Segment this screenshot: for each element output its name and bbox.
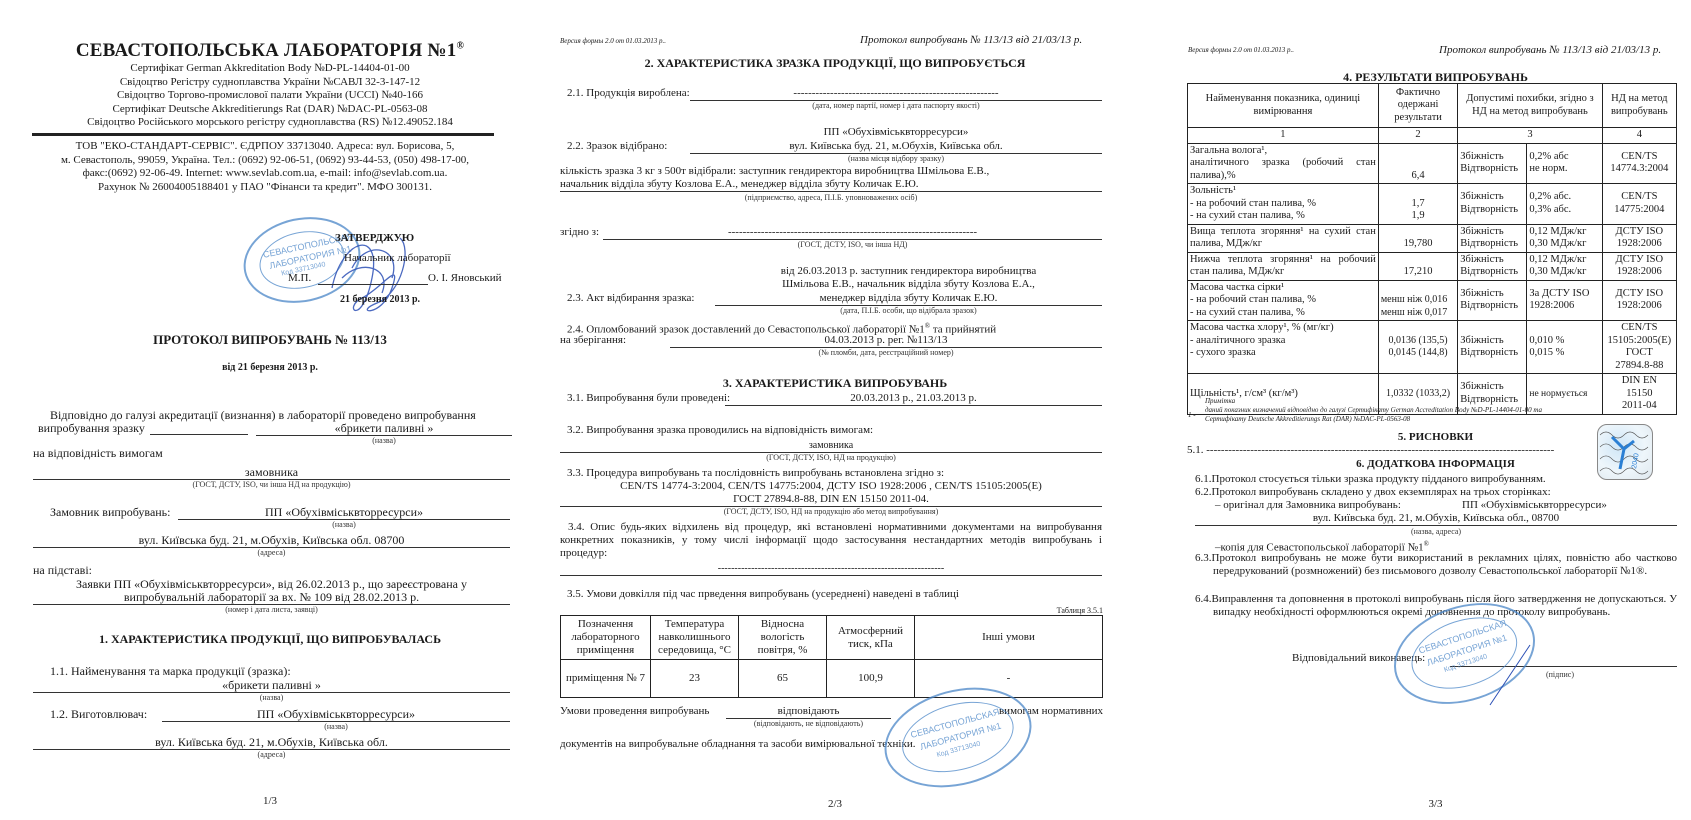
sample-name: «брикети паливні » bbox=[256, 421, 512, 436]
result-value: менш ніж 0,017 bbox=[1381, 307, 1455, 320]
according-label: згідно з: bbox=[560, 226, 599, 239]
s2-2-label: 2.2. Зразок відібрано: bbox=[567, 140, 667, 153]
indicator-name: - на сухий стан палива, % bbox=[1190, 307, 1376, 320]
caption: (ГОСТ, ДСТУ, ISO, НД на продукцію або ме… bbox=[560, 507, 1102, 516]
table-row: Нижча теплота згоряння¹ на робочий стан … bbox=[1188, 252, 1677, 280]
table-cell: 65 bbox=[739, 660, 827, 698]
section-6-title: 6. ДОДАТКОВА ІНФОРМАЦІЯ bbox=[1180, 458, 1691, 471]
s6-2-original-address: вул. Київська буд. 21, м.Обухів, Київськ… bbox=[1195, 512, 1677, 526]
basis-line: випробувальній лабораторії за вх. № 109 … bbox=[33, 590, 510, 605]
lab-header: СЕВАСТОПОЛЬСЬКА ЛАБОРАТОРІЯ №1® Сертифік… bbox=[0, 40, 540, 130]
s1-1-value: «брикети паливні » bbox=[33, 678, 510, 693]
column-header: Відносна вологість повітря, % bbox=[739, 616, 827, 660]
approve-date: 21 березня 2013 р. bbox=[340, 294, 420, 306]
result-value: менш ніж 0,016 bbox=[1381, 294, 1455, 307]
s3-3-standards: ГОСТ 27894.8-88, DIN EN 15150 2011-04. bbox=[560, 493, 1102, 507]
s2-1-value: ----------------------------------------… bbox=[690, 87, 1102, 101]
protocol-ref: Протокол випробувань № 113/13 від 21/03/… bbox=[1439, 44, 1661, 57]
caption: (ГОСТ, ДСТУ, ISO, чи інша НД) bbox=[603, 240, 1102, 249]
conditions-line: документів на випробувальне обладнання т… bbox=[560, 738, 915, 751]
indicator-name: - на робочий стан палива, % bbox=[1190, 294, 1376, 307]
s2-3-value: від 26.03.2013 р. заступник гендиректора… bbox=[715, 265, 1102, 278]
s6-2-original-label: – оригінал для Замовника випробувань: bbox=[1215, 499, 1401, 512]
basis-label: на підставі: bbox=[33, 563, 92, 577]
indicator-name: Загальна волога¹, bbox=[1190, 145, 1376, 158]
customer-label: Замовник випробувань: bbox=[50, 505, 171, 519]
error-type: Збіжність bbox=[1460, 151, 1524, 164]
caption: (адреса) bbox=[33, 548, 510, 557]
s3-1-value: 20.03.2013 р., 21.03.2013 р. bbox=[725, 392, 1102, 406]
mp-label: М.П. bbox=[288, 272, 311, 285]
table-row: Загальна волога¹,аналітичного зразка (ро… bbox=[1188, 143, 1677, 184]
approve-title: ЗАТВЕРДЖУЮ bbox=[335, 232, 414, 245]
note-label: Примітка bbox=[1205, 397, 1235, 405]
s6-1: 6.1.Протокол стосується тільки зразка пр… bbox=[1195, 473, 1546, 486]
column-number: 3 bbox=[1458, 128, 1602, 144]
column-header: Фактично одержані результати bbox=[1378, 84, 1457, 128]
method: 1928:2006 bbox=[1605, 266, 1674, 279]
section-3-title: 3. ХАРАКТЕРИСТИКА ВИПРОБУВАНЬ bbox=[555, 376, 1115, 390]
error-value: За ДСТУ ISO bbox=[1529, 288, 1599, 301]
column-header: НД на метод випробувань bbox=[1602, 84, 1676, 128]
protocol-ref: Протокол випробувань № 113/13 від 21/03/… bbox=[860, 34, 1082, 47]
company-line: Рахунок № 26004005188401 у ПАО "Фінанси … bbox=[20, 181, 510, 195]
error-type: Відтворність bbox=[1460, 238, 1524, 251]
s3-3-standards: CEN/TS 14774-3:2004, CEN/TS 14775:2004, … bbox=[555, 480, 1107, 493]
cert-line: Свідоцтво Російського морського регістру… bbox=[0, 116, 540, 130]
s5-1: 5.1. -----------------------------------… bbox=[1187, 444, 1554, 457]
s1-2-label: 1.2. Виготовлювач: bbox=[50, 707, 147, 721]
results-table: Найменування показника, одиниці вимірюва… bbox=[1187, 83, 1677, 415]
error-value: 0,3% абс. bbox=[1529, 204, 1599, 217]
result-value: 0,0136 (135,5) bbox=[1381, 335, 1455, 348]
s2-4-label: на зберігання: bbox=[560, 334, 626, 347]
protocol-title: ПРОТОКОЛ ВИПРОБУВАНЬ № 113/13 bbox=[0, 332, 540, 348]
result-value: 1,0332 (1033,2) bbox=[1381, 388, 1455, 401]
error-type: Збіжність bbox=[1460, 335, 1524, 348]
s6-2: 6.2.Протокол випробувань складено у двох… bbox=[1195, 486, 1551, 499]
indicator-name: - сухого зразка bbox=[1190, 347, 1376, 360]
s1-2-value: ПП «Обухівміськвторресурси» bbox=[162, 707, 510, 722]
result-value: 17,210 bbox=[1381, 266, 1455, 279]
column-header: Атмосферний тиск, кПа bbox=[827, 616, 915, 660]
s3-5-text: 3.5. Умови довкілля під час прведення ви… bbox=[567, 588, 959, 601]
section-1-title: 1. ХАРАКТЕРИСТИКА ПРОДУКЦІЇ, ЩО ВИПРОБУВ… bbox=[0, 632, 540, 646]
company-line: факс:(0692) 92-06-49. Internet: www.sevl… bbox=[20, 167, 510, 181]
method: ДСТУ ISO bbox=[1605, 288, 1674, 301]
table-caption: Таблиця 3.5.1 bbox=[1057, 606, 1103, 615]
approve-position: Начальник лабораторії bbox=[344, 252, 451, 265]
lab-title: СЕВАСТОПОЛЬСЬКА ЛАБОРАТОРІЯ №1® bbox=[0, 40, 540, 62]
method: DIN EN bbox=[1605, 375, 1674, 388]
error-type: Збіжність bbox=[1460, 381, 1524, 394]
table-row: приміщення № 7 23 65 100,9 - bbox=[561, 660, 1103, 698]
page-3: Версия формы 2.0 от 01.03.2013 р.. Прото… bbox=[1180, 0, 1691, 820]
result-value: 6,4 bbox=[1381, 170, 1455, 183]
column-number-row: 1 2 3 4 bbox=[1188, 128, 1677, 144]
error-value: не норм. bbox=[1529, 163, 1599, 176]
conditions-label: Умови проведення випробувань bbox=[560, 705, 709, 718]
intro-line: Відповідно до галузі акредитації (визнан… bbox=[50, 408, 476, 422]
error-type: Відтворність bbox=[1460, 347, 1524, 360]
caption: (ГОСТ, ДСТУ, ISO, НД на продукцію) bbox=[560, 453, 1102, 462]
error-value: 0,30 МДж/кг bbox=[1529, 238, 1599, 251]
s1-1-label: 1.1. Найменування та марка продукції (зр… bbox=[50, 664, 291, 678]
according-value: ----------------------------------------… bbox=[603, 226, 1102, 240]
column-header: Інші умови bbox=[915, 616, 1103, 660]
caption: (назва, адреса) bbox=[1195, 527, 1677, 536]
error-type: Збіжність bbox=[1460, 226, 1524, 239]
caption: (назва) bbox=[33, 693, 510, 702]
table-header-row: Найменування показника, одиниці вимірюва… bbox=[1188, 84, 1677, 128]
method: ДСТУ ISO bbox=[1605, 254, 1674, 267]
cert-line: Свідоцтво Регістру судноплавства України… bbox=[0, 76, 540, 90]
indicator-name: Вища теплота згоряння¹ на сухий стан пал… bbox=[1190, 226, 1376, 251]
table-row: Масова частка хлору¹, % (мг/кг)- аналіти… bbox=[1188, 321, 1677, 374]
error-value: 1928:2006 bbox=[1529, 300, 1599, 313]
method: 1928:2006 bbox=[1605, 300, 1674, 313]
table-row: Вища теплота згоряння¹ на сухий стан пал… bbox=[1188, 224, 1677, 252]
intro-label: випробування зразку bbox=[38, 421, 145, 435]
result-value: 0,0145 (144,8) bbox=[1381, 347, 1455, 360]
error-value: 0,010 % bbox=[1529, 335, 1599, 348]
s1-2-address: вул. Київська буд. 21, м.Обухів, Київськ… bbox=[33, 735, 510, 750]
page-number: 1/3 bbox=[0, 795, 540, 807]
company-line: м. Севастополь, 99059, Україна. Тел.: (0… bbox=[20, 154, 510, 168]
protocol-date: від 21 березня 2013 р. bbox=[0, 362, 540, 374]
s6-3: 6.3.Протокол випробувань не може бути ви… bbox=[1195, 552, 1677, 578]
error-type: Відтворність bbox=[1460, 266, 1524, 279]
indicator-name: - аналітичного зразка bbox=[1190, 335, 1376, 348]
customer-address: вул. Київська буд. 21, м.Обухів, Київськ… bbox=[33, 533, 510, 548]
s3-1-label: 3.1. Випробування були проведені: bbox=[567, 392, 730, 405]
environment-table: Позначення лабораторного приміщення Темп… bbox=[560, 615, 1103, 698]
column-header: Температура навколишнього середовища, °С bbox=[651, 616, 739, 660]
signature-line bbox=[318, 284, 428, 285]
column-number: 1 bbox=[1188, 128, 1379, 144]
s3-4-text: 3.4. Опис будь-яких відхилень від процед… bbox=[560, 521, 1102, 560]
caption: (№ пломби, дата, реєстраційний номер) bbox=[670, 348, 1102, 357]
indicator-name: Нижча теплота згоряння¹ на робочий стан … bbox=[1190, 254, 1376, 279]
table-cell: приміщення № 7 bbox=[561, 660, 651, 698]
approver-name: О. І. Яновський bbox=[428, 272, 501, 285]
company-info: ТОВ "ЕКО-СТАНДАРТ-СЕРВІС". ЄДРПОУ 337130… bbox=[20, 140, 510, 194]
result-value: 1,9 bbox=[1381, 210, 1455, 223]
section-5-title: 5. РИСНОВКИ bbox=[1180, 431, 1691, 444]
note-text: Сертифікату Deutsche Akkreditierungs Rat… bbox=[1205, 415, 1410, 423]
caption: (відповідають, не відповідають) bbox=[726, 719, 891, 728]
s2-4-value: 04.03.2013 р. рег. №113/13 bbox=[670, 334, 1102, 348]
method: ДСТУ ISO bbox=[1605, 226, 1674, 239]
table-header-row: Позначення лабораторного приміщення Темп… bbox=[561, 616, 1103, 660]
error-value: 0,12 МДж/кг bbox=[1529, 226, 1599, 239]
indicator-name: - на сухий стан палива, % bbox=[1190, 210, 1376, 223]
column-header: Позначення лабораторного приміщення bbox=[561, 616, 651, 660]
error-type: Збіжність bbox=[1460, 254, 1524, 267]
sampling-line: кількість зразка 3 кг з 500т відібрали: … bbox=[560, 165, 989, 178]
conditions-value: відповідають bbox=[726, 705, 891, 719]
compliance-label: на відповідність вимогам bbox=[33, 446, 163, 460]
s2-3-value: менеджер відділа збуту Количак Е.Ю. bbox=[715, 292, 1102, 306]
s2-2-address: вул. Київська буд. 21, м.Обухів, Київськ… bbox=[690, 140, 1102, 154]
method: CEN/TS bbox=[1605, 151, 1674, 164]
note-text: даний показник визначений відповідно до … bbox=[1205, 406, 1542, 414]
sampling-line: начальник відділа збуту Козлова Е.А., ме… bbox=[560, 178, 1102, 192]
error-value: 0,2% абс bbox=[1529, 151, 1599, 164]
indicator-name: Масова частка сірки¹ bbox=[1190, 282, 1376, 295]
section-4-title: 4. РЕЗУЛЬТАТИ ВИПРОБУВАНЬ bbox=[1180, 70, 1691, 84]
column-number: 4 bbox=[1602, 128, 1676, 144]
indicator-name: - на робочий стан палива, % bbox=[1190, 198, 1376, 211]
section-2-title: 2. ХАРАКТЕРИСТИКА ЗРАЗКА ПРОДУКЦІЇ, ЩО В… bbox=[555, 56, 1115, 70]
error-type: Відтворність bbox=[1460, 394, 1524, 407]
customer-name: ПП «Обухівміськвторресурси» bbox=[178, 505, 510, 520]
error-value: не нормується bbox=[1529, 388, 1599, 401]
error-type: Відтворність bbox=[1460, 300, 1524, 313]
page-1: СЕВАСТОПОЛЬСЬКА ЛАБОРАТОРІЯ №1® Сертифік… bbox=[0, 0, 540, 820]
method: 27894.8-88 bbox=[1605, 360, 1674, 373]
form-version: Версия формы 2.0 от 01.03.2013 р.. bbox=[560, 37, 666, 45]
header-rule bbox=[32, 133, 494, 136]
s2-3-label: 2.3. Акт відбирання зразка: bbox=[567, 292, 694, 305]
page-2: Версия формы 2.0 от 01.03.2013 р.. Прото… bbox=[555, 0, 1120, 820]
caption: (назва) bbox=[178, 520, 510, 529]
company-line: ТОВ "ЕКО-СТАНДАРТ-СЕРВІС". ЄДРПОУ 337130… bbox=[20, 140, 510, 154]
table-cell: 23 bbox=[651, 660, 739, 698]
compliance-value: замовника bbox=[33, 465, 510, 480]
page-number: 2/3 bbox=[555, 798, 1115, 810]
caption: (підприємство, адреса, П.І.Б. уповноваже… bbox=[560, 193, 1102, 202]
s3-4-value: ----------------------------------------… bbox=[560, 563, 1102, 576]
caption: (дата, номер партії, номер і дата паспор… bbox=[690, 101, 1102, 110]
method: 1928:2006 bbox=[1605, 238, 1674, 251]
method: CEN/TS bbox=[1605, 322, 1674, 335]
caption: (назва) bbox=[256, 436, 512, 445]
caption: (номер і дата листа, заявці) bbox=[33, 605, 510, 614]
method: 15105:2005(E) bbox=[1605, 335, 1674, 348]
table-row: Масова частка сірки¹- на робочий стан па… bbox=[1188, 280, 1677, 321]
s6-2-original-name: ПП «Обухівміськвторресурси» bbox=[1462, 499, 1607, 512]
indicator-name: аналітичного зразка (робочий стан палива… bbox=[1190, 157, 1376, 182]
table-row: Зольність¹- на робочий стан палива, %- н… bbox=[1188, 184, 1677, 225]
column-number: 2 bbox=[1378, 128, 1457, 144]
method: CEN/TS bbox=[1605, 191, 1674, 204]
s3-2-value: замовника bbox=[560, 440, 1102, 453]
s3-3-label: 3.3. Процедура випробувань та послідовні… bbox=[567, 467, 944, 480]
form-version: Версия формы 2.0 от 01.03.2013 р.. bbox=[1188, 46, 1294, 54]
indicator-name: Масова частка хлору¹, % (мг/кг) bbox=[1190, 322, 1376, 335]
caption: (назва) bbox=[162, 722, 510, 731]
error-value: 0,12 МДж/кг bbox=[1529, 254, 1599, 267]
page-number: 3/3 bbox=[1180, 798, 1691, 810]
caption: (дата, П.І.Б. особи, що відібрала зразок… bbox=[715, 306, 1102, 315]
cert-line: Сертифікат German Akkreditation Body №D-… bbox=[0, 62, 540, 76]
column-header: Допустимі похибки, згідно з НД на метод … bbox=[1458, 84, 1602, 128]
error-value: 0,30 МДж/кг bbox=[1529, 266, 1599, 279]
cert-line: Сертифікат Deutsche Akkreditierungs Rat … bbox=[0, 103, 540, 117]
error-type: Збіжність bbox=[1460, 191, 1524, 204]
indicator-name: Зольність¹ bbox=[1190, 185, 1376, 198]
caption: (адреса) bbox=[33, 750, 510, 759]
note-marker: 1 - bbox=[1188, 411, 1196, 419]
caption: (назва місця відбору зразку) bbox=[690, 154, 1102, 163]
method: ГОСТ bbox=[1605, 347, 1674, 360]
error-type: Відтворність bbox=[1460, 204, 1524, 217]
result-value: 1,7 bbox=[1381, 198, 1455, 211]
method: 14775:2004 bbox=[1605, 204, 1674, 217]
basis-line: Заявки ПП «Обухівміськвторресурси», від … bbox=[33, 577, 510, 591]
result-value: 19,780 bbox=[1381, 238, 1455, 251]
table-cell: 100,9 bbox=[827, 660, 915, 698]
column-header: Найменування показника, одиниці вимірюва… bbox=[1188, 84, 1379, 128]
s2-3-value: Шмільова Е.В., начальник відділа збуту К… bbox=[715, 278, 1102, 291]
caption: (ГОСТ, ДСТУ, ISO, чи інша НД на продукці… bbox=[33, 480, 510, 489]
blank-line bbox=[150, 434, 248, 435]
cert-line: Свідоцтво Торгово-промислової палати Укр… bbox=[0, 89, 540, 103]
error-value: 0,015 % bbox=[1529, 347, 1599, 360]
error-value: 0,2% абс. bbox=[1529, 191, 1599, 204]
s3-2-label: 3.2. Випробування зразка проводились на … bbox=[567, 424, 873, 437]
s2-2-place: ПП «Обухівміськвторресурси» bbox=[690, 126, 1102, 139]
signature-stroke bbox=[1480, 640, 1540, 710]
error-type: Відтворність bbox=[1460, 163, 1524, 176]
s2-1-label: 2.1. Продукція вироблена: bbox=[567, 87, 690, 100]
method: 15150 bbox=[1605, 388, 1674, 401]
method: 14774.3:2004 bbox=[1605, 163, 1674, 176]
error-type: Збіжність bbox=[1460, 288, 1524, 301]
method: 2011-04 bbox=[1605, 400, 1674, 413]
